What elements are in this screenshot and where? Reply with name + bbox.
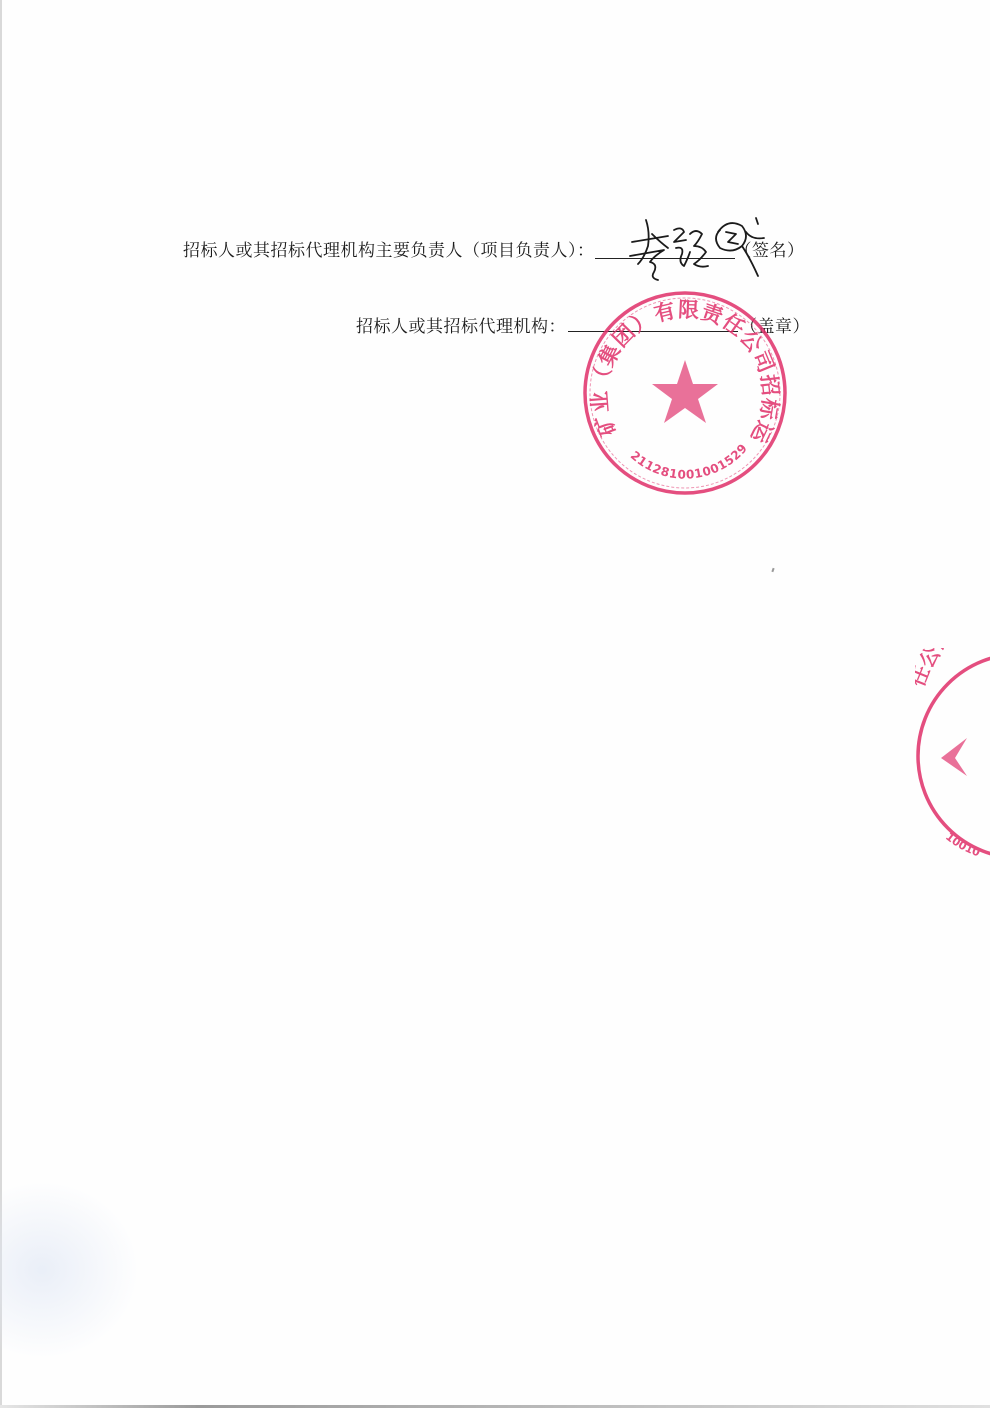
partial-seal-icon: 任公司招标 10010 xyxy=(915,648,990,863)
svg-text:10010: 10010 xyxy=(943,830,982,859)
stamp-ring-text: 矿业（集团）有限责任公司招标运营管理中心 xyxy=(580,288,784,448)
svg-text:矿业（集团）有限责任公司招标运营管理中心: 矿业（集团）有限责任公司招标运营管理中心 xyxy=(580,288,784,448)
document-page: 招标人或其招标代理机构主要负责人（项目负责人）：（签名） 招标人或其招标代理机构… xyxy=(0,0,990,1408)
handwritten-signature-icon xyxy=(624,212,769,284)
partial-stamp-ring-text: 任公司招标 xyxy=(915,648,990,690)
scan-shadow xyxy=(0,1180,140,1360)
stamp-label: 招标人或其招标代理机构： xyxy=(356,317,566,337)
signature-label: 招标人或其招标代理机构主要负责人（项目负责人）： xyxy=(183,241,595,261)
company-seal-icon: 矿业（集团）有限责任公司招标运营管理中心 211281001001529 xyxy=(580,288,790,498)
star-icon xyxy=(652,360,718,423)
partial-stamp-number: 10010 xyxy=(943,830,982,859)
svg-text:任公司招标: 任公司招标 xyxy=(915,648,990,690)
scan-speck xyxy=(771,568,774,572)
partial-star-icon xyxy=(941,738,967,776)
